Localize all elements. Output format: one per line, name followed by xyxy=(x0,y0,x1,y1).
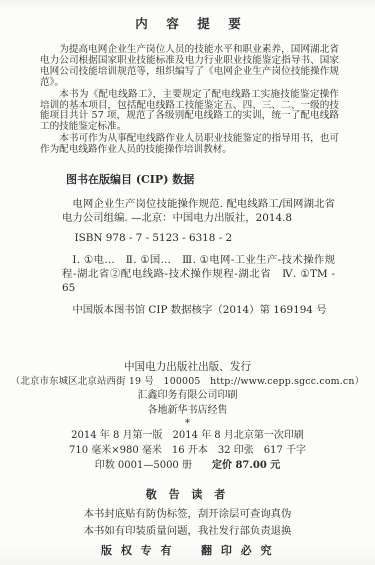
cip-classification: Ⅰ. ①电… Ⅱ. ①国… Ⅲ. ①电网-工业生产-技术操作规程-湖北省②配电线… xyxy=(62,253,335,295)
copyright-notice: 版 权 专 有 翻 印 必 究 xyxy=(0,542,375,558)
spacer xyxy=(192,460,212,471)
publisher-line: 中国电力出版社出版、发行 xyxy=(0,360,375,375)
book-copyright-page: 内 容 提 要 为提高电网企业生产岗位人员的技能水平和职业素养，国网湖北省电力公… xyxy=(0,0,375,565)
cip-record-number: 中国版本图书馆 CIP 数据核字（2014）第 169194 号 xyxy=(62,303,335,317)
reader-notice-title: 敬 告 读 者 xyxy=(0,486,375,502)
publisher-address-line: （北京市东城区北京站西街 19 号 100005 http://www.cepp… xyxy=(0,375,375,390)
asterisk-divider: * xyxy=(0,418,375,429)
content-summary-section: 内 容 提 要 为提高电网企业生产岗位人员的技能水平和职业素养，国网湖北省电力公… xyxy=(40,14,339,157)
format-line: 710 毫米×980 毫米 16 开本 32 印张 617 千字 xyxy=(0,444,375,459)
distributor-line: 各地新华书店经售 xyxy=(0,404,375,419)
print-run: 印数 0001—5000 册 xyxy=(95,460,192,471)
cip-header: 图书在版编目 (CIP) 数据 xyxy=(66,171,335,187)
quality-return-line: 本书如有印装质量问题，我社发行部负责退换 xyxy=(0,526,375,538)
cip-isbn: ISBN 978 - 7 - 5123 - 6318 - 2 xyxy=(62,231,335,245)
content-summary-title: 内 容 提 要 xyxy=(40,14,339,32)
edition-line: 2014 年 8 月第一版 2014 年 8 月北京第一次印刷 xyxy=(0,429,375,444)
summary-paragraph: 本书可作为从事配电线路作业人员职业技能鉴定的指导用书，也可作为配电线路作业人员的… xyxy=(40,134,339,156)
price: 定价 87.00 元 xyxy=(212,460,280,471)
printer-line: 汇鑫印务有限公司印刷 xyxy=(0,389,375,404)
cip-entry: 电网企业生产岗位技能操作规范. 配电线路工/国网湖北省电力公司组编. —北京：中… xyxy=(62,197,335,225)
summary-paragraph: 为提高电网企业生产岗位人员的技能水平和职业素养，国网湖北省电力公司根据国家职业技… xyxy=(40,45,339,89)
summary-paragraph: 本书为《配电线路工》，主要规定了配电线路工实施技能鉴定操作培训的基本项目，包括配… xyxy=(40,90,339,134)
imprint-section: 中国电力出版社出版、发行 （北京市东城区北京站西街 19 号 100005 ht… xyxy=(0,360,375,473)
reader-notice-section: 敬 告 读 者 本书封底贴有防伪标签，刮开涂层可查询真伪 本书如有印装质量问题，… xyxy=(0,482,375,558)
print-run-price-line: 印数 0001—5000 册 定价 87.00 元 xyxy=(0,459,375,474)
anti-counterfeit-line: 本书封底贴有防伪标签，刮开涂层可查询真伪 xyxy=(0,509,375,521)
cip-data-section: 图书在版编目 (CIP) 数据 电网企业生产岗位技能操作规范. 配电线路工/国网… xyxy=(62,168,335,323)
